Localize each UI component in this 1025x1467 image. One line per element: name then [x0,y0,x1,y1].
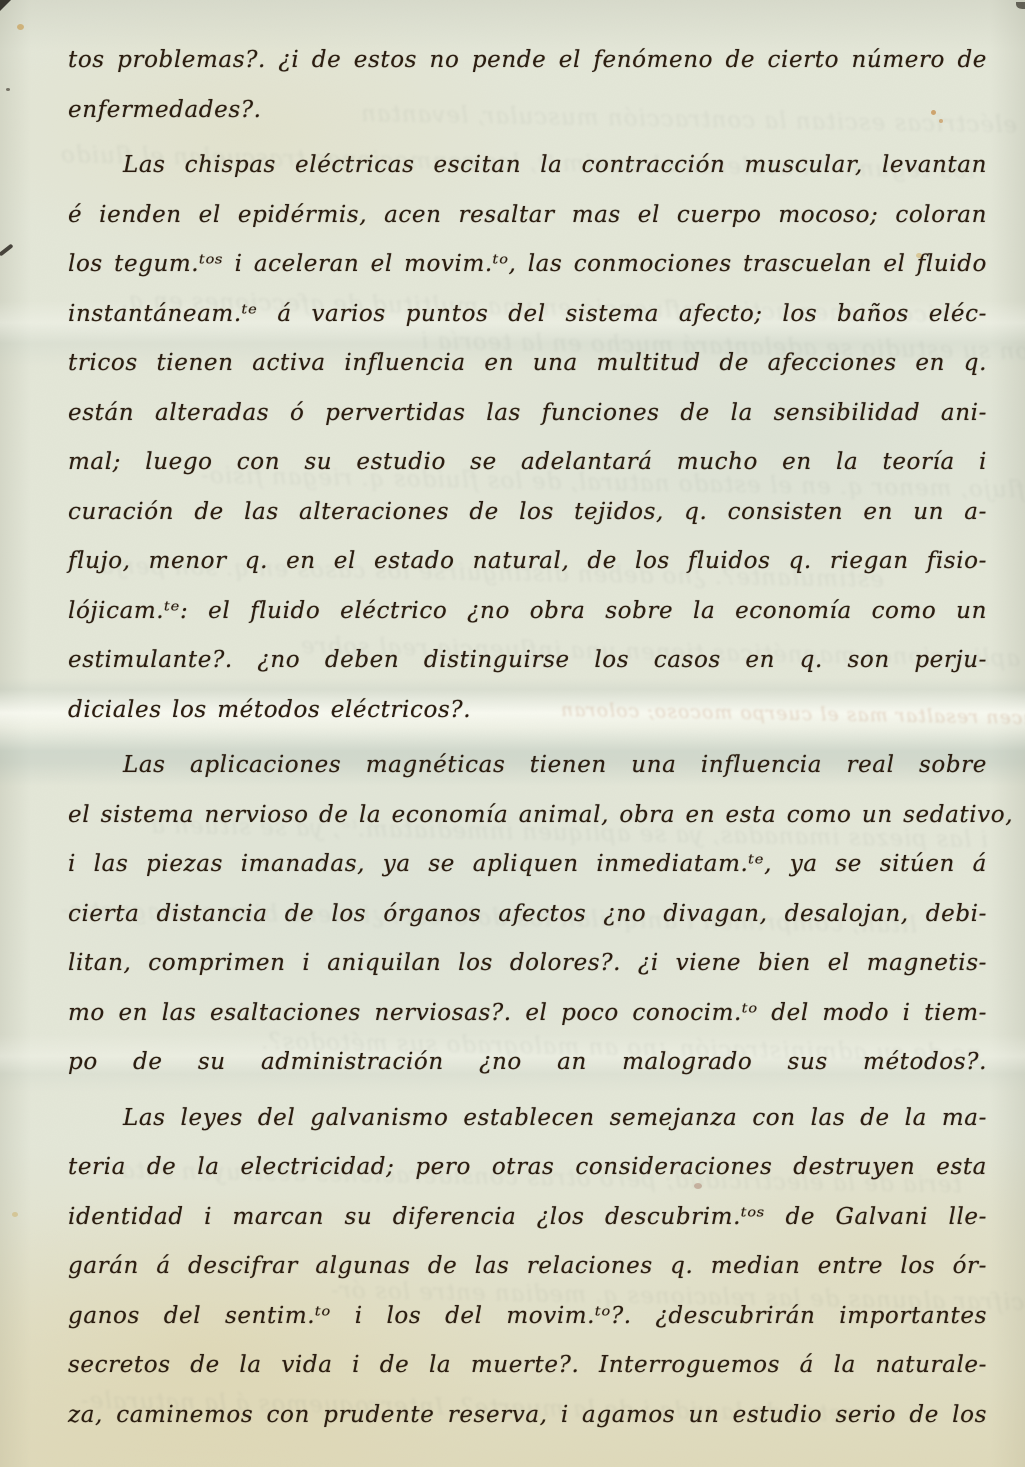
manuscript-line: mal; luego con su estudio se adelantará … [68,438,987,488]
manuscript-line: flujo, menor q. en el estado natural, de… [68,537,987,587]
manuscript-line: identidad i marcan su diferencia ¿los de… [68,1193,987,1243]
manuscript-line: cierta distancia de los órganos afectos … [68,890,987,940]
paragraph: Las chispas eléctricas escitan la contra… [68,141,987,735]
manuscript-line: estimulante?. ¿no deben distinguirse los… [68,636,987,686]
manuscript-line: mo en las esaltaciones nerviosas?. el po… [68,989,987,1039]
manuscript-line: tricos tienen activa influencia en una m… [68,339,987,389]
manuscript-line: diciales los métodos eléctricos?. [68,686,987,736]
manuscript-line: secretos de la vida i de la muerte?. Int… [68,1341,987,1391]
paragraph: Las aplicaciones magnéticas tienen una i… [68,741,987,1088]
manuscript-line: Las leyes del galvanismo establecen seme… [68,1094,987,1144]
manuscript-line: instantáneam.ᵗᵉ á varios puntos del sist… [68,290,987,340]
manuscript-line: tos problemas?. ¿i de estos no pende el … [68,36,987,86]
manuscript-line: teria de la electricidad; pero otras con… [68,1143,987,1193]
manuscript-line: están alteradas ó pervertidas las funcio… [68,389,987,439]
manuscript-line: garán á descifrar algunas de las relacio… [68,1242,987,1292]
manuscript-line: i las piezas imanadas, ya se apliquen in… [68,840,987,890]
scan-corner-mark [0,0,11,11]
manuscript-line: lójicam.ᵗᵉ: el fluido eléctrico ¿no obra… [68,587,987,637]
manuscript-line: curación de las alteraciones de los teji… [68,488,987,538]
manuscript-line: los tegum.ᵗᵒˢ i aceleran el movim.ᵗᵒ, la… [68,240,987,290]
manuscript-line: el sistema nervioso de la economía anima… [68,791,987,841]
paragraph: tos problemas?. ¿i de estos no pende el … [68,36,987,135]
manuscript-line: za, caminemos con prudente reserva, i ag… [68,1391,987,1441]
manuscript-line: é ienden el epidérmis, acen resaltar mas… [68,191,987,241]
manuscript-line: Las chispas eléctricas escitan la contra… [68,141,987,191]
manuscript-line: enfermedades?. [68,86,987,136]
manuscript-line: litan, comprimen i aniquilan los dolores… [68,939,987,989]
manuscript-line: ganos del sentim.ᵗᵒ i los del movim.ᵗᵒ?.… [68,1292,987,1342]
manuscript-line: Las aplicaciones magnéticas tienen una i… [68,741,987,791]
manuscript-page: Las chispas eléctricas escitan la contra… [0,0,1025,1467]
paragraph: Las leyes del galvanismo establecen seme… [68,1094,987,1441]
manuscript-line: po de su administración ¿no an malogrado… [68,1038,987,1088]
manuscript-text: tos problemas?. ¿i de estos no pende el … [0,0,1025,1467]
